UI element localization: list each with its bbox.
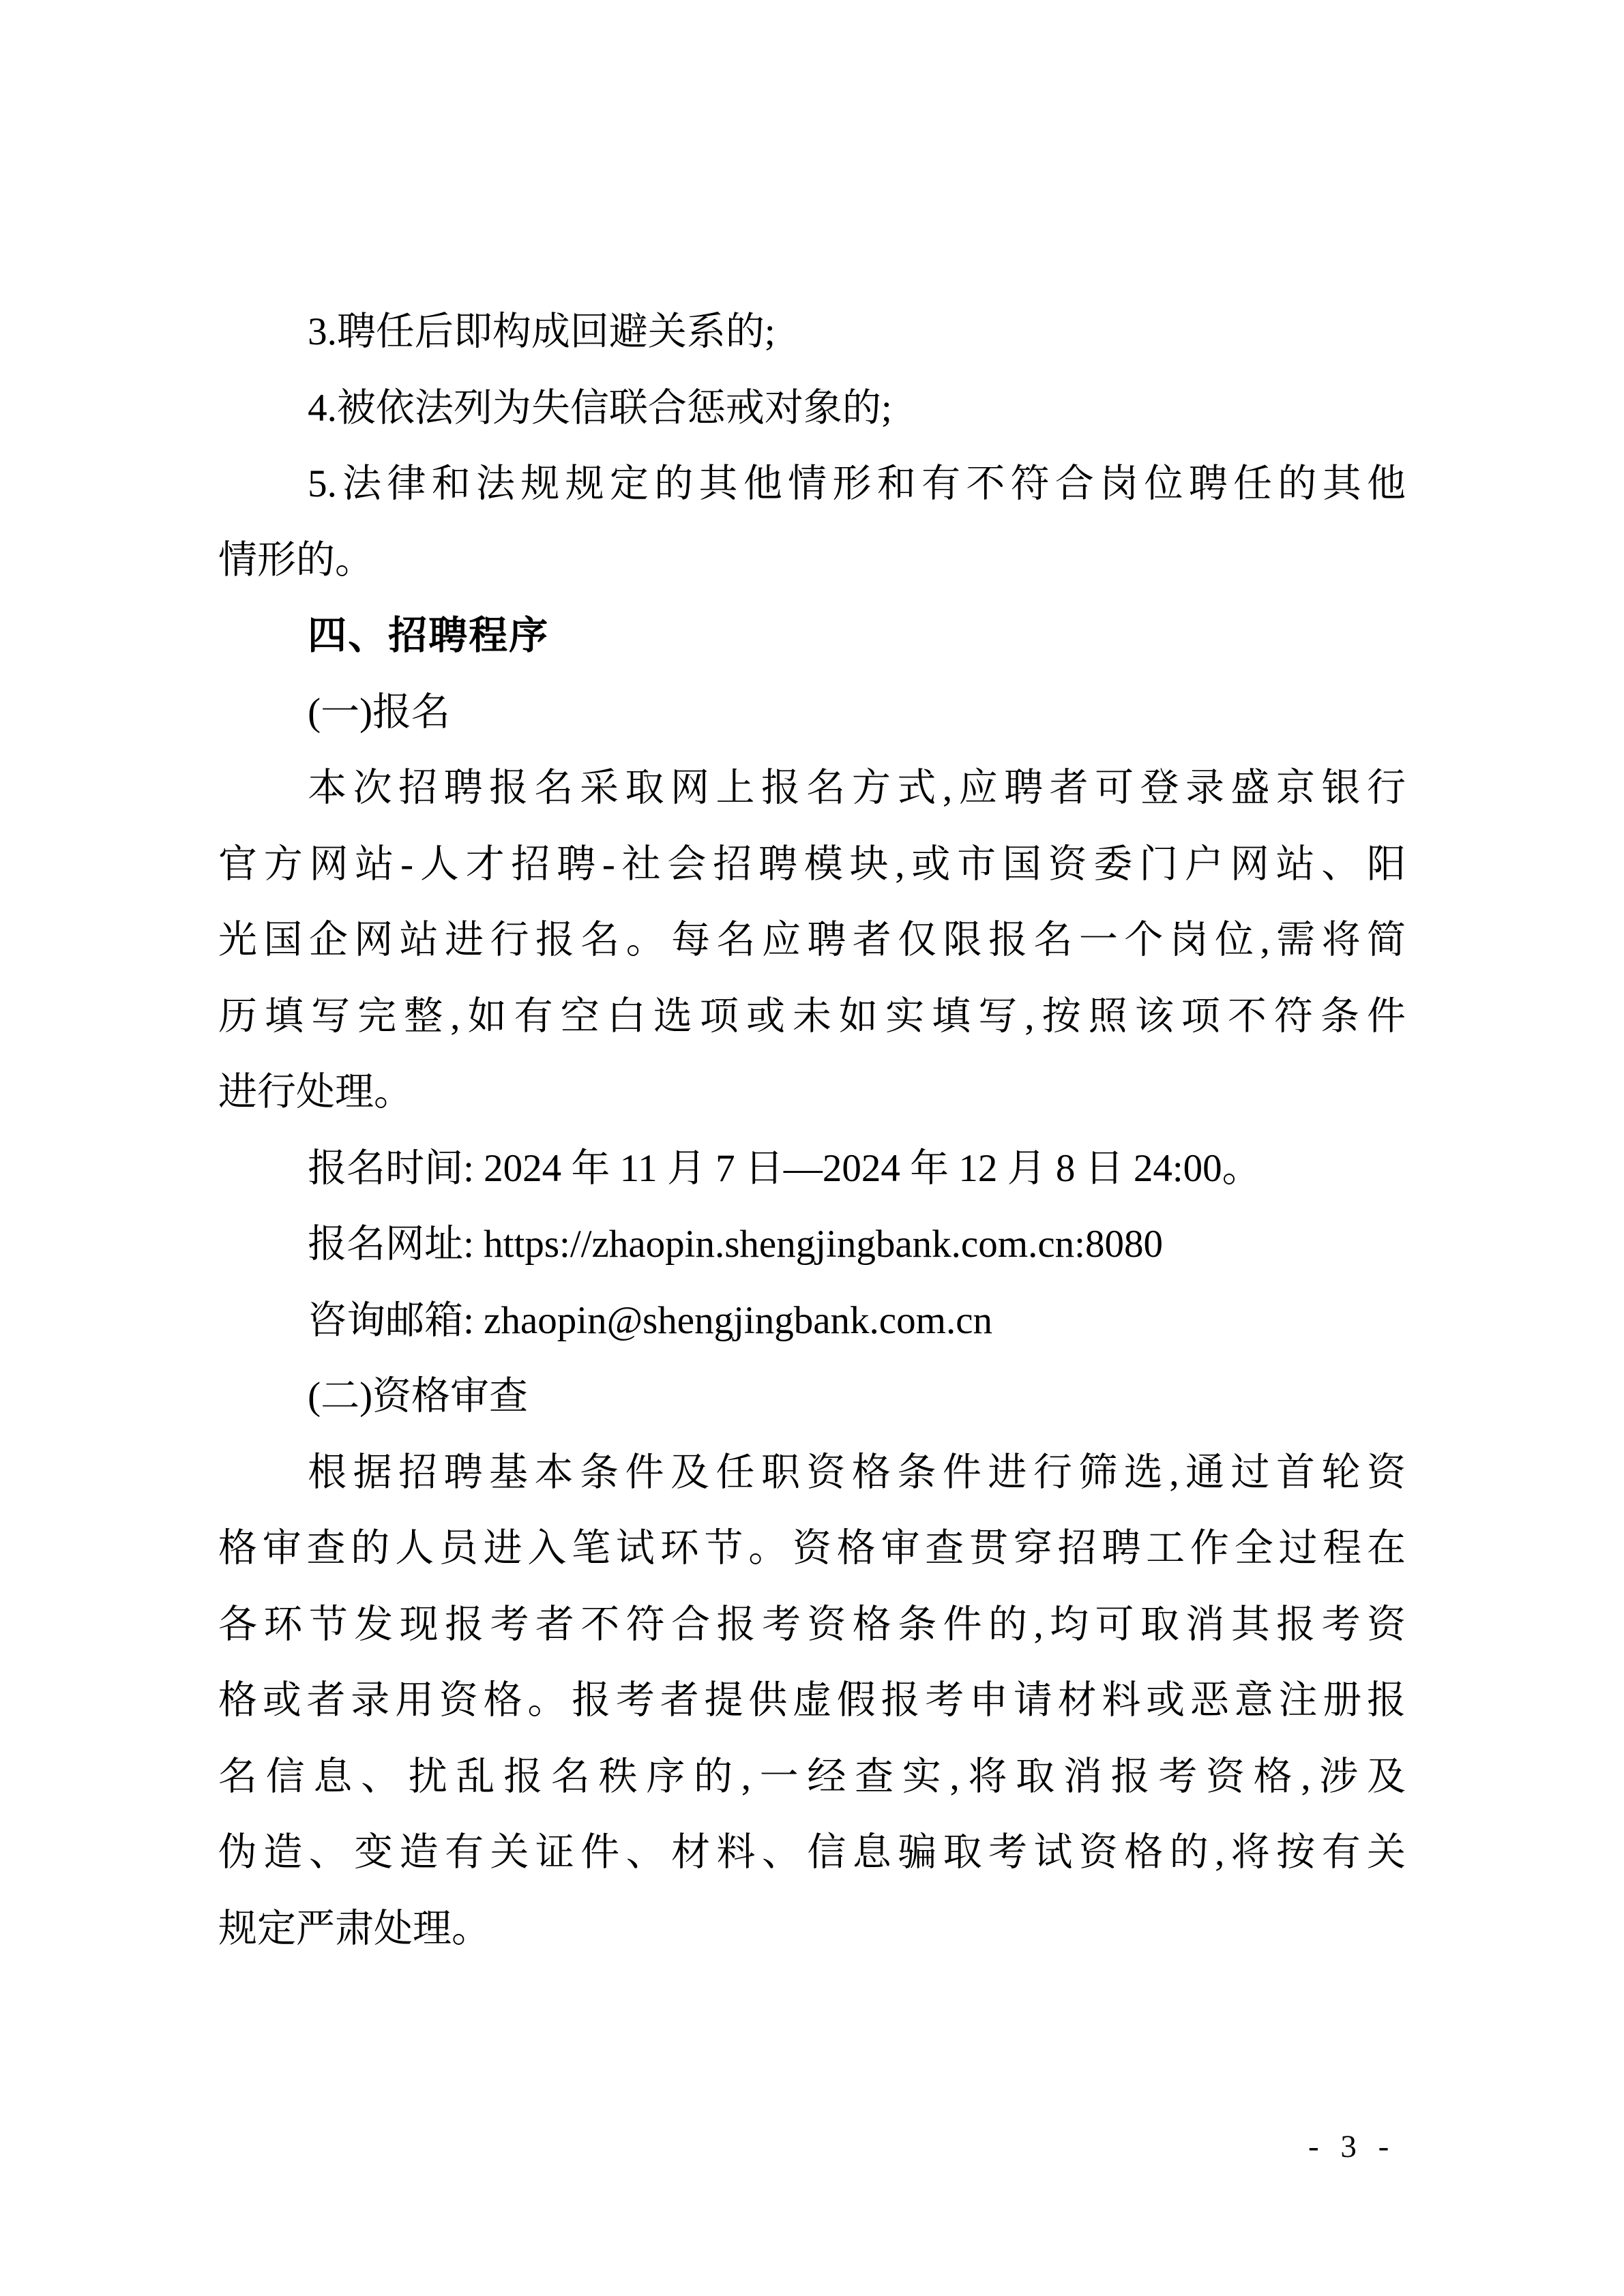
text-line: 光国企网站进行报名。每名应聘者仅限报名一个岗位,需将简 xyxy=(218,902,1406,979)
text-line: 伪造、变造有关证件、材料、信息骗取考试资格的,将按有关 xyxy=(218,1815,1406,1891)
text-line: 根据招聘基本条件及任职资格条件进行筛选,通过首轮资 xyxy=(218,1435,1406,1511)
text-line: 格审查的人员进入笔试环节。资格审查贯穿招聘工作全过程在 xyxy=(218,1510,1406,1587)
page: 3.聘任后即构成回避关系的;4.被依法列为失信联合惩戒对象的;5.法律和法规规定… xyxy=(0,0,1624,2296)
section-heading: 四、招聘程序 xyxy=(218,598,1406,674)
page-number: - 3 - xyxy=(1308,2126,1396,2167)
text-line: 规定严肃处理。 xyxy=(218,1891,1406,1967)
text-line: 咨询邮箱: zhaopin@shengjingbank.com.cn xyxy=(218,1283,1406,1359)
sub-heading: (二)资格审查 xyxy=(218,1358,1406,1435)
text-line: 名信息、扰乱报名秩序的,一经查实,将取消报考资格,涉及 xyxy=(218,1739,1406,1815)
text-line: 各环节发现报考者不符合报考资格条件的,均可取消其报考资 xyxy=(218,1587,1406,1663)
text-line: 历填写完整,如有空白选项或未如实填写,按照该项不符条件 xyxy=(218,979,1406,1055)
text-line: 进行处理。 xyxy=(218,1054,1406,1131)
text-line: 5.法律和法规规定的其他情形和有不符合岗位聘任的其他 xyxy=(218,446,1406,522)
document-body: 3.聘任后即构成回避关系的;4.被依法列为失信联合惩戒对象的;5.法律和法规规定… xyxy=(218,294,1406,1967)
text-line: 官方网站-人才招聘-社会招聘模块,或市国资委门户网站、阳 xyxy=(218,826,1406,903)
text-line: 报名时间: 2024 年 11 月 7 日—2024 年 12 月 8 日 24… xyxy=(218,1131,1406,1207)
sub-heading: (一)报名 xyxy=(218,674,1406,751)
text-line: 情形的。 xyxy=(218,522,1406,599)
text-line: 格或者录用资格。报考者提供虚假报考申请材料或恶意注册报 xyxy=(218,1663,1406,1739)
text-line: 3.聘任后即构成回避关系的; xyxy=(218,294,1406,370)
text-line: 本次招聘报名采取网上报名方式,应聘者可登录盛京银行 xyxy=(218,750,1406,826)
text-line: 4.被依法列为失信联合惩戒对象的; xyxy=(218,370,1406,447)
text-line: 报名网址: https://zhaopin.shengjingbank.com.… xyxy=(218,1206,1406,1283)
